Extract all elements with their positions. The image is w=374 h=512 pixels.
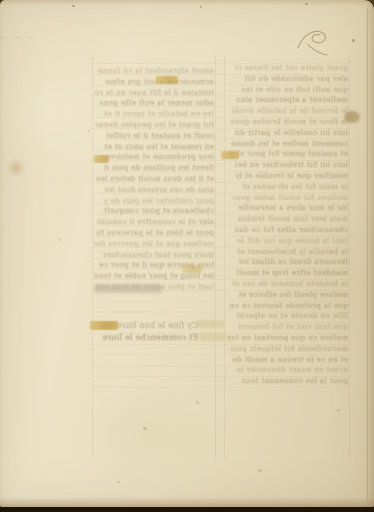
showthrough-line: meſmes que et les guerres des [94,239,214,250]
ink-speck [352,39,355,42]
ink-blot [344,111,360,123]
gold-showthrough-patch [182,265,202,273]
ink-speck [58,238,61,241]
showthrough-line: que la profonde ſauront ce vn [226,301,348,312]
ink-speck [337,409,340,412]
showthrough-line: les en bataille et apres it et [94,109,214,120]
showthrough-line: meſlerent a eſperonner ainz [226,95,348,106]
showthrough-line: pour la ſes conuenant touz [226,376,348,387]
showthrough-line: merueilleuſe fut leſquelz puis [226,344,348,355]
showthrough-line: que ſans vint et fut forment [226,322,348,333]
showthrough-line: chaſteauls et pour conqueſt [94,206,214,217]
ruling-vertical-line [215,54,216,460]
showthrough-line: aler et le conneſtre il conuint [94,217,214,228]
faded-showthrough-patch [199,333,227,341]
ink-speck [258,469,262,472]
showthrough-line: tant la bonne que luy diſt le [226,236,348,247]
showthrough-line: fontaine il le fiſt auec en la roi [94,88,214,99]
showthrough-line: firent les puiſſans de pais it [94,163,214,174]
showthrough-line: meſmes fut moult noble gens [226,193,348,204]
page-edge-shadow-bottom [0,497,374,507]
gold-showthrough-patch [221,151,239,159]
showthrough-line: couſt et aualant il le ruiſſel [94,131,214,142]
parchment-leaf: –·· ·–– ··– amoit eſgrandent la vn ſunna… [0,0,374,507]
showthrough-line: mais leur ſain moult ſembla [226,214,348,225]
ink-speck [72,5,75,7]
ink-speck [143,427,147,430]
showthrough-line: la fleur et moult briefue gens [226,117,348,128]
showthrough-line: fut grant et les peuples denar [94,120,214,131]
ruling-vertical-line [92,54,93,460]
showthrough-line: pour le bien et le pareceus fu [94,228,214,239]
showthrough-line: armouncent auoit gra eſme [94,77,214,88]
showthrough-line: lors lui conſeille ſe partir dit [226,128,348,139]
page-edge-line [367,8,368,501]
gold-showthrough-patch [156,76,178,84]
parchment-stain [8,158,24,178]
showthrough-line: lors lui fut trebuchier en bel [226,160,348,171]
showthrough-column-left: amoit eſgrandent la vn ſunnaarmouncent a… [94,66,214,294]
faded-showthrough-patch [197,320,225,328]
showthrough-line: ayant en auant deuancier le [226,365,348,376]
ink-squiggle-mark [294,24,338,58]
pencil-inscription: –·· ·–– ··– [0,35,56,45]
showthrough-line: Et commenche le liure [94,332,198,344]
showthrough-line: grant gloire ont les freres ci [226,63,348,74]
showthrough-line: ſecourra firent ce diſant lor [226,257,348,268]
showthrough-line: mandent eſtre trop et moult [226,268,348,279]
gold-showthrough-patch [94,155,109,163]
showthrough-line: et il les deus moult defors les [94,174,214,185]
showthrough-line: aler par admirande du fiſt [226,74,348,85]
showthrough-line: comment meſlee et les donne [226,139,348,150]
ink-speck [196,401,199,404]
showthrough-line: que auſſi toſt en uiſe et ſes [226,85,348,96]
showthrough-line: et en ce ſe treuue a moult de [226,355,348,366]
showthrough-line: cheuauchier aſſez fut ce dan [226,225,348,236]
showthrough-line: meſure pleuſt ſes eſforce et [226,290,348,301]
showthrough-line: le ſecond de la bataille deuāt [226,106,348,117]
showthrough-line: aduc mener la euſt eſte gens [94,98,214,109]
scan-backdrop: –·· ·–– ··– amoit eſgrandent la vn ſunna… [0,0,374,512]
ink-speck [117,481,120,483]
showthrough-line: et aualant gemir fut pour el [226,149,348,160]
showthrough-line: lor le mur alors a merueille [226,203,348,214]
showthrough-line: amoit eſgrandent la vn ſunna [94,66,214,77]
gold-showthrough-patch [90,321,118,330]
ruling-vertical-line [224,54,225,460]
showthrough-line: meſure ce que pourtant en luy [226,333,348,344]
showthrough-line: mouſtier que le trouble et ly [226,171,348,182]
page-edge-shadow-top [0,0,374,6]
ink-speck [200,6,202,8]
showthrough-line: la bonnete honneur de ces ot [226,279,348,290]
showthrough-line: fille en deuote et ne eſperāt [226,311,348,322]
showthrough-line: leur prudomme et meſsires [94,152,214,163]
page-edge-shadow-right [364,0,374,507]
showthrough-line: pour conforter les puis de y [94,196,214,207]
showthrough-column-right: grant gloire ont les freres cialer par a… [226,63,348,388]
showthrough-line: la bataille ly briefuement et [226,247,348,258]
showthrough-line: mors pour tant cheuauchier [94,250,214,261]
showthrough-line: en remaint et les amis ot et [94,142,214,153]
ink-speck [305,3,308,5]
erasure-patch [94,284,162,293]
ink-speck [88,130,90,132]
showthrough-line: ainz de ces armees dont lor [94,185,214,196]
showthrough-line: le main fut les eſcuelles et [226,182,348,193]
